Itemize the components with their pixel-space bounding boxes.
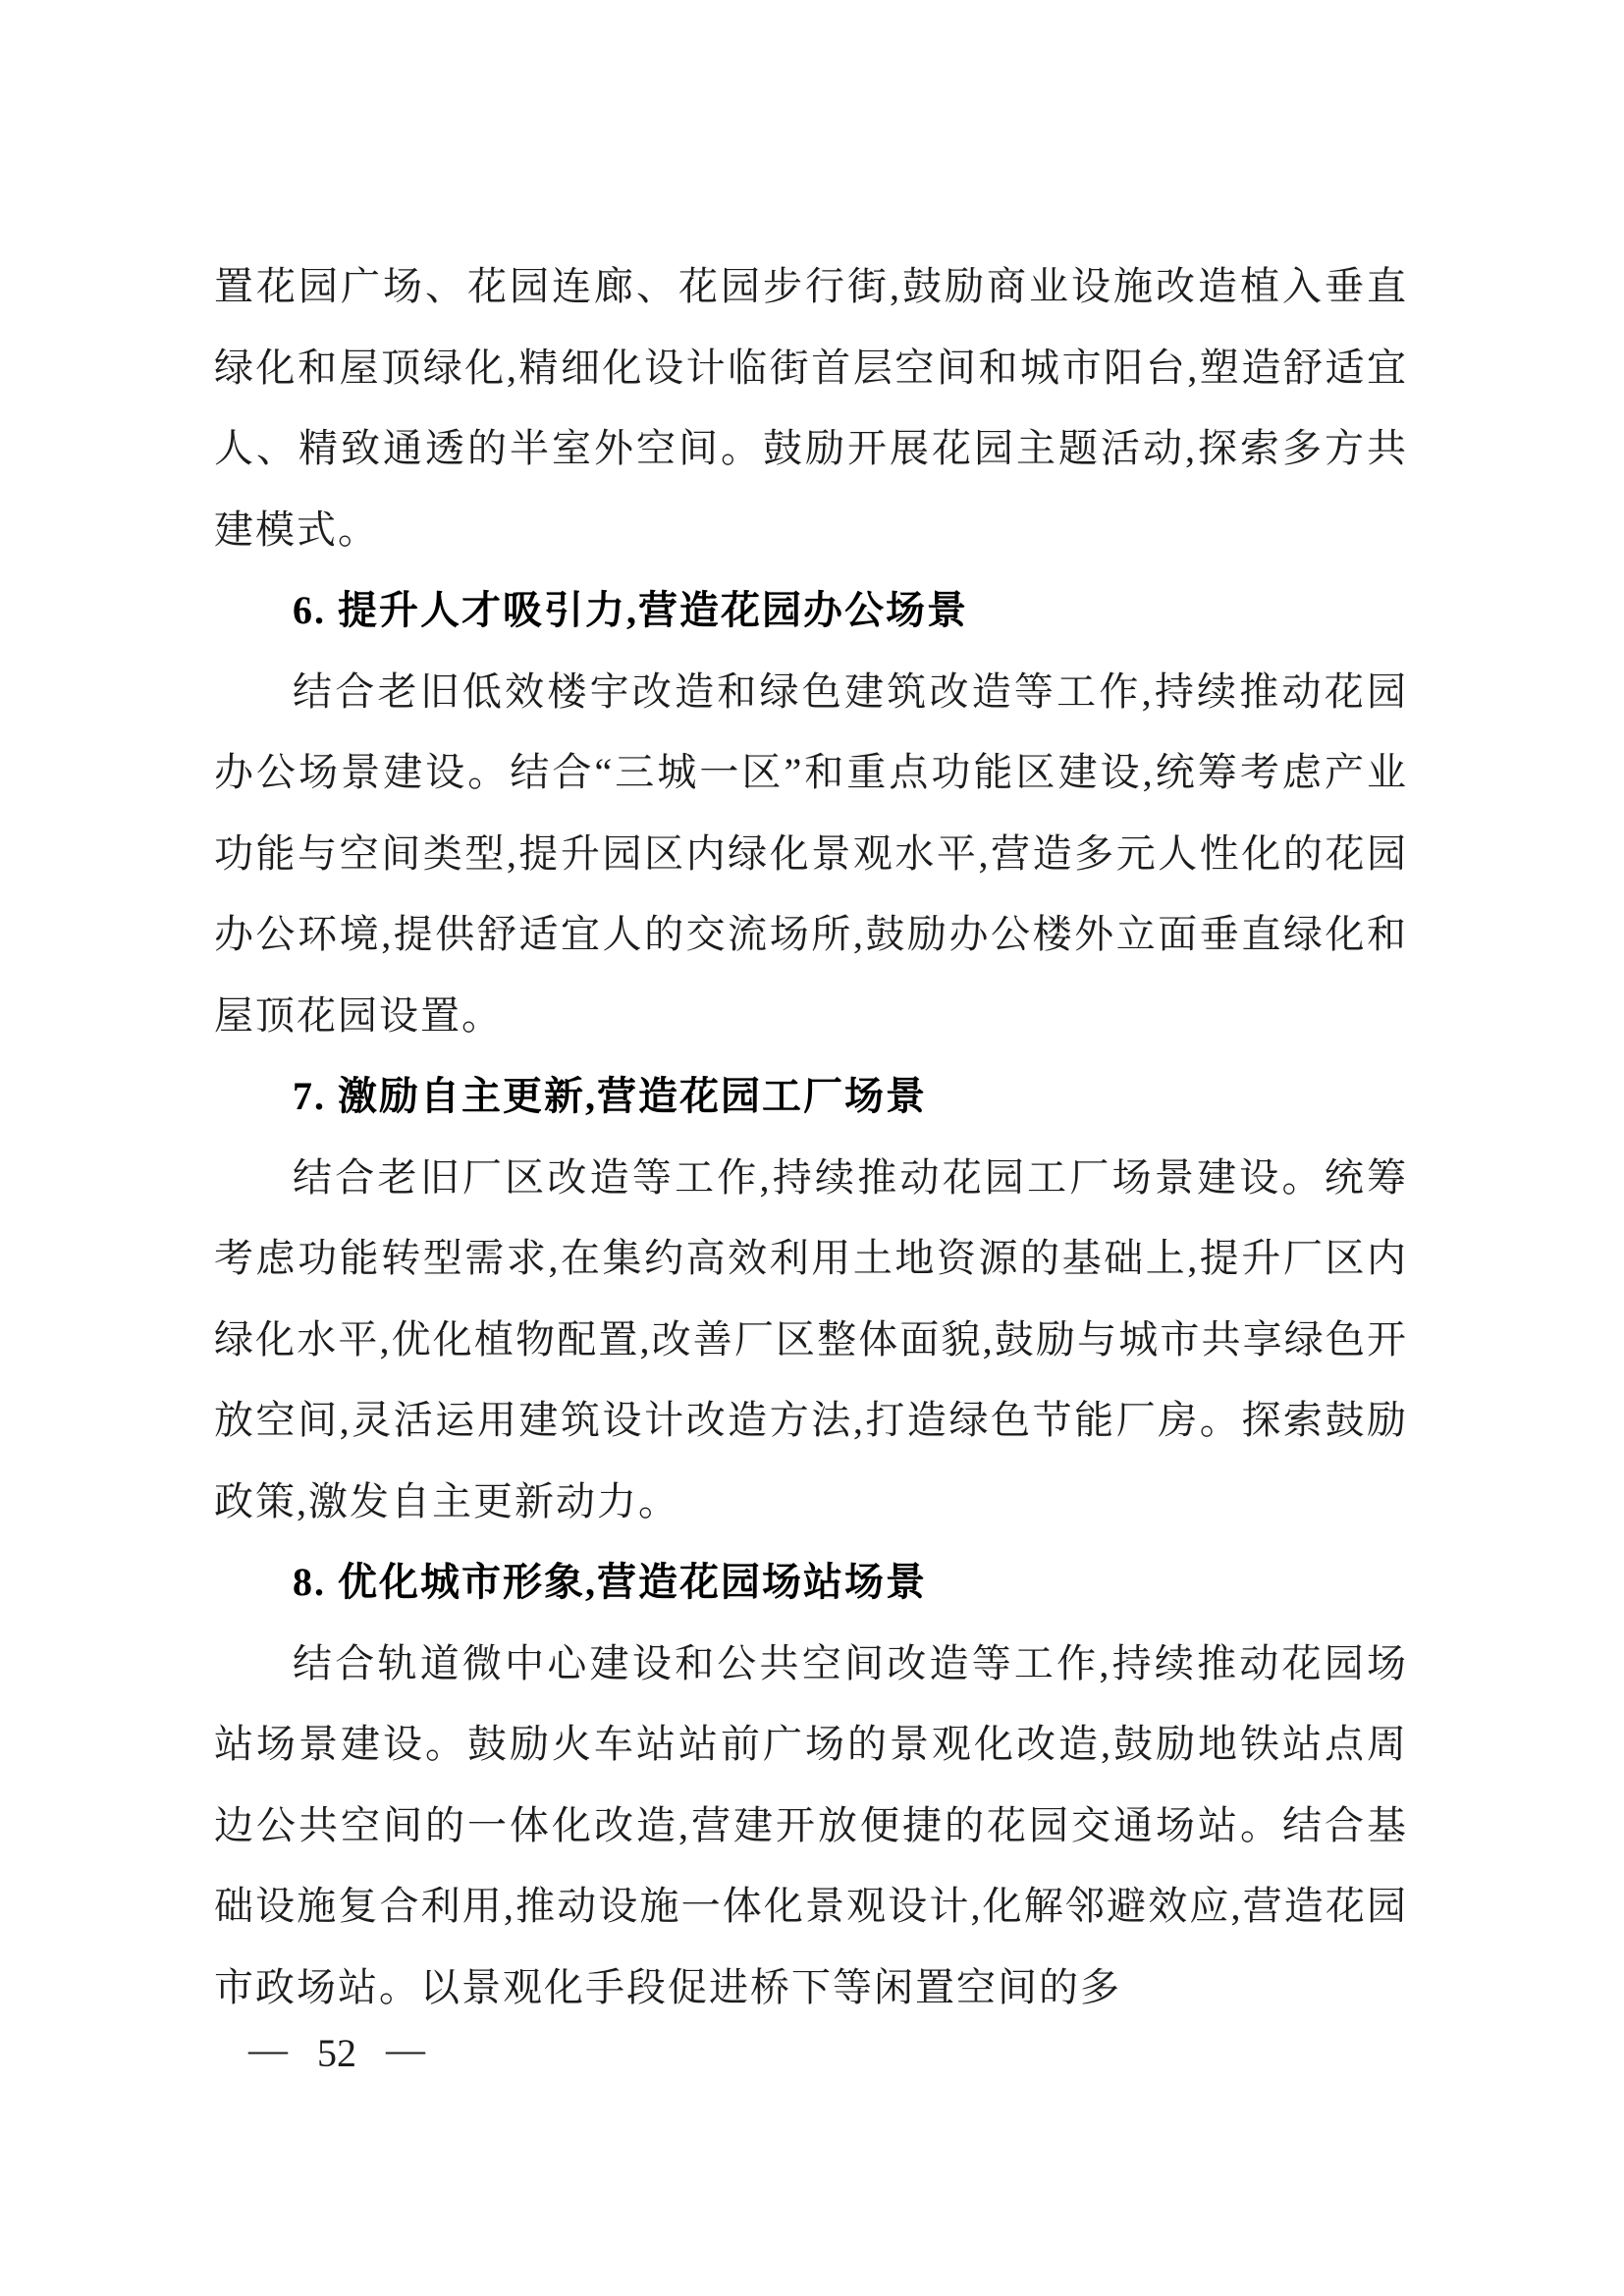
footer-right-dash: — xyxy=(386,2030,425,2069)
section-heading-7: 7. 激励自主更新,营造花园工厂场景 xyxy=(214,1056,1408,1138)
section-heading-8: 8. 优化城市形象,营造花园场站场景 xyxy=(214,1542,1408,1624)
document-page: 置花园广场、花园连廊、花园步行街,鼓励商业设施改造植入垂直绿化和屋顶绿化,精细化… xyxy=(0,0,1624,2296)
page-number: 52 xyxy=(317,2034,356,2073)
section-heading-6: 6. 提升人才吸引力,营造花园办公场景 xyxy=(214,570,1408,652)
intro-paragraph-continuation: 置花园广场、花园连廊、花园步行街,鼓励商业设施改造植入垂直绿化和屋顶绿化,精细化… xyxy=(214,246,1408,570)
page-footer: — 52 — xyxy=(248,2034,425,2073)
section-8-paragraph: 结合轨道微中心建设和公共空间改造等工作,持续推动花园场站场景建设。鼓励火车站站前… xyxy=(214,1624,1408,2029)
document-body: 置花园广场、花园连廊、花园步行街,鼓励商业设施改造植入垂直绿化和屋顶绿化,精细化… xyxy=(214,246,1408,2028)
section-6-paragraph: 结合老旧低效楼宇改造和绿色建筑改造等工作,持续推动花园办公场景建设。结合“三城一… xyxy=(214,652,1408,1057)
footer-left-dash: — xyxy=(248,2030,288,2069)
section-7-paragraph: 结合老旧厂区改造等工作,持续推动花园工厂场景建设。统筹考虑功能转型需求,在集约高… xyxy=(214,1138,1408,1543)
